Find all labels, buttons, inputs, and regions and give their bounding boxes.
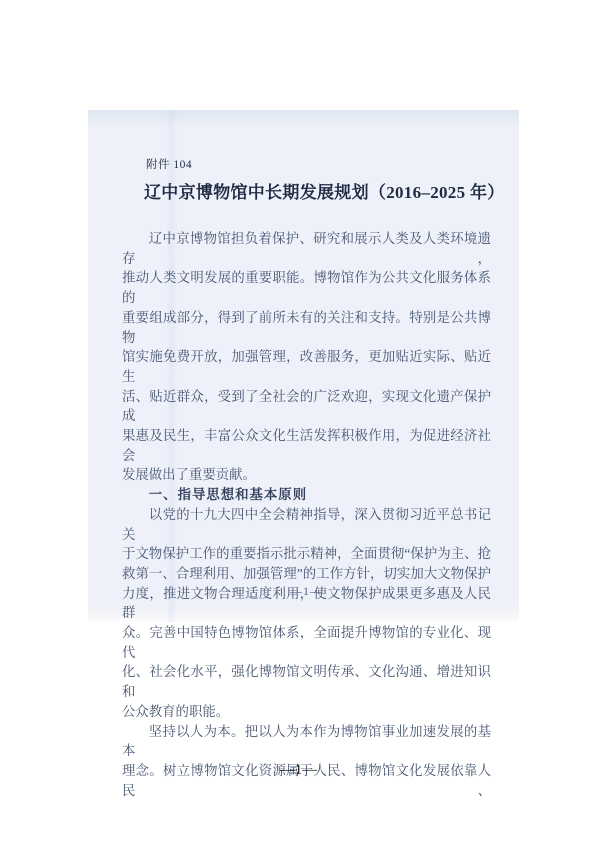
footer-page-number: —1— <box>0 762 597 779</box>
scanned-page: 附件 104 辽中京博物馆中长期发展规划（2016–2025 年） 辽中京博物馆… <box>88 110 519 622</box>
text-block: 辽中京博物馆担负着保护、研究和展示人类及人类环境遗存，推动人类文明发展的重要职能… <box>122 229 491 800</box>
text-line: 众。完善中国特色博物馆体系，全面提升博物馆的专业化、现代 <box>122 623 491 662</box>
text-line: 坚持以人为本。把以人为本作为博物馆事业加速发展的基本 <box>122 722 491 761</box>
text-line: 馆实施免费开放，加强管理，改善服务，更加贴近实际、贴近生 <box>122 347 491 386</box>
paragraph: 辽中京博物馆担负着保护、研究和展示人类及人类环境遗存，推动人类文明发展的重要职能… <box>122 229 491 485</box>
text-line: 公众教育的职能。 <box>122 702 491 722</box>
text-line: 活、贴近群众，受到了全社会的广泛欢迎，实现文化遗产保护成 <box>122 387 491 426</box>
text-line: 推动人类文明发展的重要职能。博物馆作为公共文化服务体系的 <box>122 268 491 307</box>
text-line: 化、社会化水平，强化博物馆文明传承、文化沟通、增进知识和 <box>122 662 491 701</box>
text-line: 于文物保护工作的重要指示批示精神，全面贯彻“保护为主、抢 <box>122 544 491 564</box>
text-line: 重要组成部分，得到了前所未有的关注和支持。特别是公共博物 <box>122 308 491 347</box>
text-line: 果惠及民生，丰富公众文化生活发挥积极作用，为促进经济社会 <box>122 426 491 465</box>
text-line: 发展做出了重要贡献。 <box>122 465 491 485</box>
text-line: 辽中京博物馆担负着保护、研究和展示人类及人类环境遗存， <box>122 229 491 268</box>
attachment-label: 附件 104 <box>146 156 192 172</box>
section-heading: 一、指导思想和基本原则 <box>122 485 491 505</box>
paragraph: 坚持以人为本。把以人为本作为博物馆事业加速发展的基本理念。树立博物馆文化资源属于… <box>122 722 491 801</box>
document-title: 辽中京博物馆中长期发展规划（2016–2025 年） <box>144 178 514 203</box>
text-line: 以党的十九大四中全会精神指导，深入贯彻习近平总书记关 <box>122 505 491 544</box>
inner-page-number: —1— <box>122 584 491 599</box>
paragraph: 以党的十九大四中全会精神指导，深入贯彻习近平总书记关于文物保护工作的重要指示批示… <box>122 505 491 722</box>
text-line: 救第一、合理利用、加强管理”的工作方针，切实加大文物保护 <box>122 564 491 584</box>
